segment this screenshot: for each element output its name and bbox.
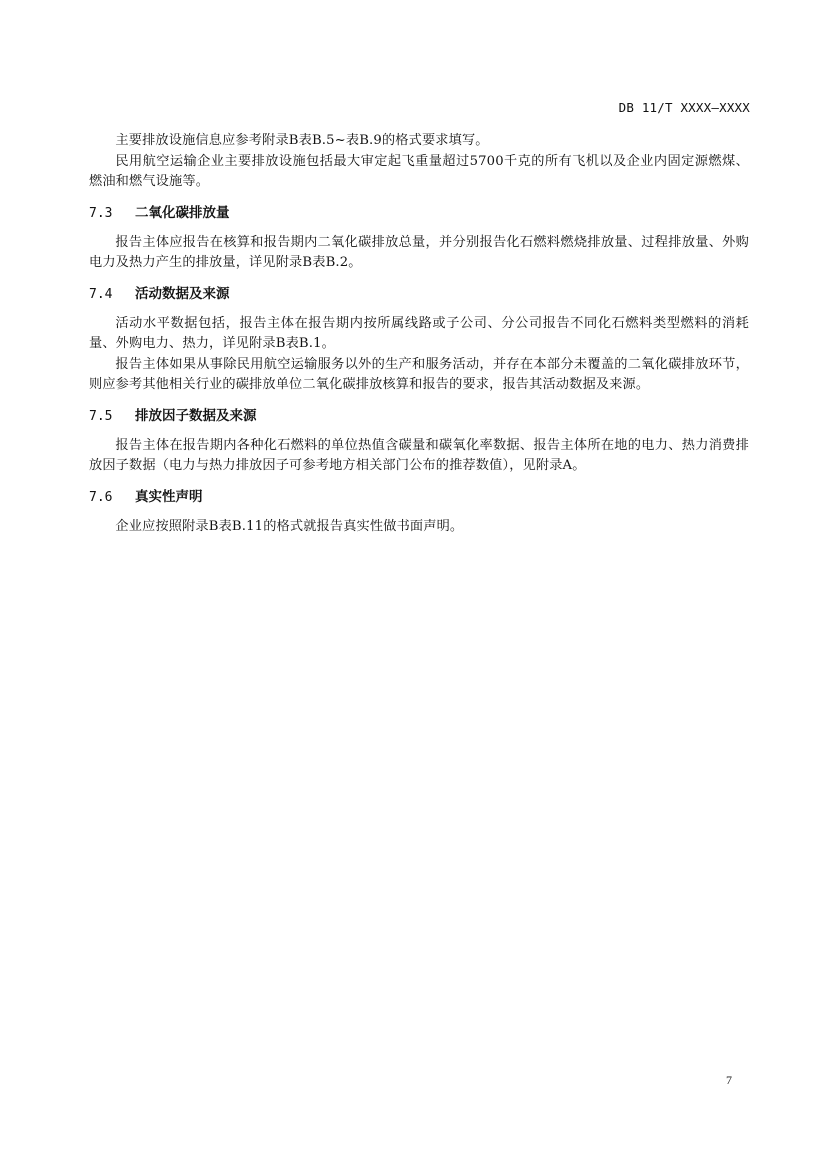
page-number: 7 [726,1073,732,1088]
section-heading: 7.3 二氧化碳排放量 [89,203,749,223]
section-title: 活动数据及来源 [135,284,230,304]
section-title: 排放因子数据及来源 [135,406,257,426]
section-title: 二氧化碳排放量 [135,203,230,223]
section-paragraph: 报告主体应报告在核算和报告期内二氧化碳排放总量，并分别报告化石燃料燃烧排放量、过… [89,233,749,274]
section-number: 7.3 [89,204,135,224]
section-number: 7.6 [89,488,135,508]
section-number: 7.5 [89,407,135,427]
section-7-6: 7.6 真实性声明 企业应按照附录B表B.11的格式就报告真实性做书面声明。 [89,487,749,538]
section-heading: 7.4 活动数据及来源 [89,284,749,304]
document-body: 主要排放设施信息应参考附录B表B.5~表B.9的格式要求填写。 民用航空运输企业… [89,131,749,537]
intro-paragraph: 民用航空运输企业主要排放设施包括最大审定起飞重量超过5700千克的所有飞机以及企… [89,152,749,193]
section-number: 7.4 [89,285,135,305]
section-7-3: 7.3 二氧化碳排放量 报告主体应报告在核算和报告期内二氧化碳排放总量，并分别报… [89,203,749,274]
section-paragraph: 企业应按照附录B表B.11的格式就报告真实性做书面声明。 [89,517,749,538]
section-7-4: 7.4 活动数据及来源 活动水平数据包括，报告主体在报告期内按所属线路或子公司、… [89,284,749,396]
section-paragraph: 报告主体在报告期内各种化石燃料的单位热值含碳量和碳氧化率数据、报告主体所在地的电… [89,436,749,477]
section-7-5: 7.5 排放因子数据及来源 报告主体在报告期内各种化石燃料的单位热值含碳量和碳氧… [89,406,749,477]
standard-code-header: DB 11/T XXXX—XXXX [619,100,750,115]
section-paragraph: 报告主体如果从事除民用航空运输服务以外的生产和服务活动，并存在本部分未覆盖的二氧… [89,355,749,396]
section-heading: 7.6 真实性声明 [89,487,749,507]
intro-paragraph: 主要排放设施信息应参考附录B表B.5~表B.9的格式要求填写。 [89,131,749,152]
section-heading: 7.5 排放因子数据及来源 [89,406,749,426]
section-paragraph: 活动水平数据包括，报告主体在报告期内按所属线路或子公司、分公司报告不同化石燃料类… [89,314,749,355]
section-title: 真实性声明 [135,487,203,507]
